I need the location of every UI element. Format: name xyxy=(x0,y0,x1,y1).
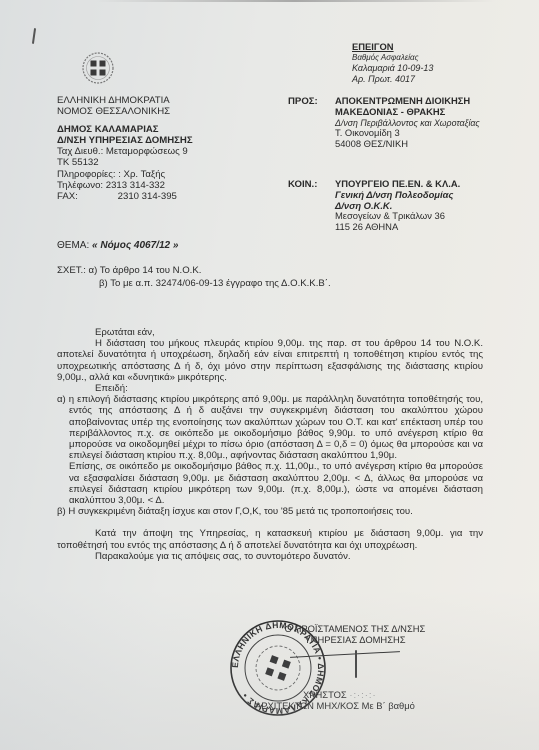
reference-item: α) Το άρθρο 14 του Ν.Ο.Κ. xyxy=(89,265,202,276)
letterhead-line: ΕΛΛΗΝΙΚΗ ΔΗΜΟΚΡΑΤΙΑ xyxy=(57,95,193,106)
contact-info: Πληροφορίες: : Χρ. Ταξής xyxy=(57,169,193,180)
letterhead: ΕΛΛΗΝΙΚΗ ΔΗΜΟΚΡΑΤΙΑ ΝΟΜΟΣ ΘΕΣΣΑΛΟΝΙΚΗΣ Δ… xyxy=(57,95,193,203)
recipient-line: ΜΑΚΕΔΟΝΙΑΣ - ΘΡΑΚΗΣ xyxy=(335,107,480,118)
page-top-edge xyxy=(95,0,495,2)
recipient-label: ΠΡΟΣ: xyxy=(288,96,318,107)
subject-label: ΘΕΜΑ: xyxy=(57,240,89,251)
cc-address: ΥΠΟΥΡΓΕΙΟ ΠΕ.ΕΝ. & ΚΛ.Α. Γενική Δ/νση Πο… xyxy=(335,179,460,233)
phone-line: Τηλέφωνο: 2313 314-332 xyxy=(57,180,193,191)
fax-line: FAX: 2310 314-395 xyxy=(57,191,193,202)
cc-label: ΚΟΙΝ.: xyxy=(288,179,317,190)
signature-stroke xyxy=(355,650,357,678)
reference-label: ΣΧΕΤ.: xyxy=(57,265,86,276)
security-level: Βαθμός Ασφαλείας xyxy=(352,53,433,64)
closing-request: Παρακαλούμε για τις απόψεις σας, το συντ… xyxy=(57,551,483,562)
authority-name: ΔΗΜΟΣ ΚΑΛΑΜΑΡΙΑΣ xyxy=(57,124,193,135)
pen-mark xyxy=(32,28,36,44)
letter-body: Ερωτάται εάν, Η διάσταση του μήκους πλευ… xyxy=(57,327,483,562)
point-b: β) Η συγκεκριμένη διάταξη ίσχυε και στον… xyxy=(57,506,483,517)
place-date: Καλαμαριά 10-09-13 xyxy=(352,63,433,74)
reference-item: β) Το με α.π. 32474/06-09-13 έγγραφο της… xyxy=(57,278,331,291)
cc-line: 115 26 ΑΘΗΝΑ xyxy=(335,222,460,233)
point-a-continued: Επίσης, σε οικόπεδο με οικοδομήσιμο βάθο… xyxy=(57,461,483,506)
urgency-label: ΕΠΕΙΓΟΝ xyxy=(352,42,433,53)
phone-number: 2313 314-332 xyxy=(106,180,165,191)
document-meta: ΕΠΕΙΓΟΝ Βαθμός Ασφαλείας Καλαμαριά 10-09… xyxy=(352,42,433,85)
greek-crest-icon xyxy=(80,50,116,86)
fax-number: 2310 314-395 xyxy=(118,191,177,202)
subject-value: « Νόμος 4067/12 » xyxy=(92,240,178,251)
because-label: Επειδή: xyxy=(57,383,483,394)
signatory-name: ΧΡΗΣΤΟΣ xyxy=(303,689,347,700)
postal-address: Ταχ Διευθ.: Μεταμορφώσεως 9 xyxy=(57,146,193,157)
protocol-number: Αρ. Πρωτ. 4017 xyxy=(352,74,433,85)
authority-department: Δ/ΝΣΗ ΥΠΗΡΕΣΙΑΣ ΔΟΜΗΣΗΣ xyxy=(57,135,193,146)
recipient-line: 54008 ΘΕΣ/ΝΙΚΗ xyxy=(335,139,480,150)
signatory-surname-redacted: ·:·:·:· xyxy=(349,689,376,700)
signatory: ΧΡΗΣΤΟΣ ·:·:·:· ΑΡΧΙΤΕΚΤΩΝ ΜΗΧ/ΚΟΣ Με Β΄… xyxy=(255,690,415,711)
recipient-address: ΑΠΟΚΕΝΤΡΩΜΕΝΗ ΔΙΟΙΚΗΣΗ ΜΑΚΕΔΟΝΙΑΣ - ΘΡΑΚ… xyxy=(335,96,480,150)
letterhead-line: ΝΟΜΟΣ ΘΕΣΣΑΛΟΝΙΚΗΣ xyxy=(57,106,193,117)
fax-label: FAX: xyxy=(57,191,115,202)
references: ΣΧΕΤ.: α) Το άρθρο 14 του Ν.Ο.Κ. β) Το μ… xyxy=(57,265,331,290)
service-opinion: Κατά την άποψη της Υπηρεσίας, η κατασκευ… xyxy=(57,528,483,550)
subject-line: ΘΕΜΑ: « Νόμος 4067/12 » xyxy=(57,240,178,251)
phone-label: Τηλέφωνο: xyxy=(57,180,103,191)
question-intro: Ερωτάται εάν, xyxy=(57,327,483,338)
question-paragraph: Η διάσταση του μήκους πλευράς κτιρίου 9,… xyxy=(57,338,483,383)
cc-line: Γενική Δ/νση Πολεοδομίας xyxy=(335,190,460,201)
point-a: α) η επιλογή διάστασης κτιρίου μικρότερη… xyxy=(57,394,483,461)
postal-code: ΤΚ 55132 xyxy=(57,157,193,168)
signatory-role: ΑΡΧΙΤΕΚΤΩΝ ΜΗΧ/ΚΟΣ Με Β΄ βαθμό xyxy=(255,701,415,712)
